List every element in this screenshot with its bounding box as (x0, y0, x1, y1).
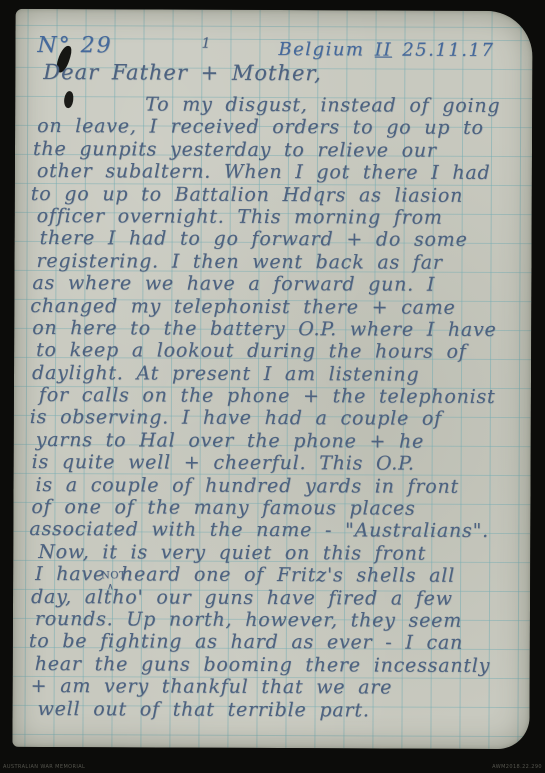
letter-line: of one of the many famous places (31, 496, 523, 521)
letter-line: I have∧NOTheard one of Fritz's shells al… (35, 563, 523, 588)
salutation: Dear Father + Mother, (43, 60, 322, 85)
letter-line: there I had to go forward + do some (40, 227, 525, 252)
letter-number: N° 29 (37, 33, 112, 58)
letter-line: to keep a lookout during the hours of (36, 339, 524, 364)
place-date-line: Belgium II 25.11.17 (278, 39, 494, 61)
unit-numeral: II (372, 39, 395, 60)
letter-line: is observing. I have had a couple of (30, 406, 524, 431)
letter-line-fragment: I have (35, 563, 105, 585)
letter-body: To my disgust, instead of going on leave… (31, 93, 526, 722)
letter-line: daylight. At present I am listening (32, 362, 524, 387)
letter-line: to be fighting as hard as ever - I can (29, 630, 523, 655)
inserted-word-text: NOT (101, 570, 126, 581)
letter-line: the gunpits yesterday to relieve our (33, 138, 525, 163)
letter-date: 25.11.17 (402, 40, 494, 61)
insertion-caret: ∧ (107, 582, 114, 592)
letter-line: associated with the name - "Australians"… (29, 518, 523, 543)
archive-accession-number: AWM2018.22.290 (492, 764, 542, 770)
letter-line: for calls on the phone + the telephonist (39, 384, 524, 409)
letter-line: is quite well + cheerful. This O.P. (32, 451, 524, 476)
letter-line: other subaltern. When I got there I had (37, 160, 525, 185)
letter-page: N° 29 1 Belgium II 25.11.17 Dear Father … (12, 9, 532, 749)
letter-line: is a couple of hundred yards in front (35, 474, 523, 499)
letter-line: rounds. Up north, however, they seem (35, 608, 523, 633)
letter-line: day, altho' our guns have fired a few (31, 586, 523, 611)
letter-line: on leave, I received orders to go up to (37, 115, 525, 140)
letter-line: To my disgust, instead of going (33, 93, 525, 118)
page-mark: 1 (201, 36, 210, 52)
letter-line: registering. I then went back as far (36, 250, 524, 275)
letter-line: Now, it is very quiet on this front (38, 541, 523, 566)
letter-line: changed my telephonist there + came (30, 294, 524, 319)
letter-line: on here to the battery O.P. where I have (32, 317, 524, 342)
letter-line: yarns to Hal over the phone + he (36, 429, 524, 454)
letter-line-fragment: heard one of Fritz's shells all (121, 564, 455, 587)
letter-line: to go up to Battalion Hdqrs as liasion (31, 183, 525, 208)
letter-line: + am very thankful that we are (31, 675, 523, 700)
letter-line: officer overnight. This morning from (37, 205, 525, 230)
place-name: Belgium (278, 39, 364, 60)
letter-line: well out of that terrible part. (38, 698, 523, 723)
archive-credit: AUSTRALIAN WAR MEMORIAL (3, 764, 85, 770)
letter-line: as where we have a forward gun. I (32, 272, 524, 297)
letter-line: hear the guns booming there incessantly (35, 653, 523, 678)
